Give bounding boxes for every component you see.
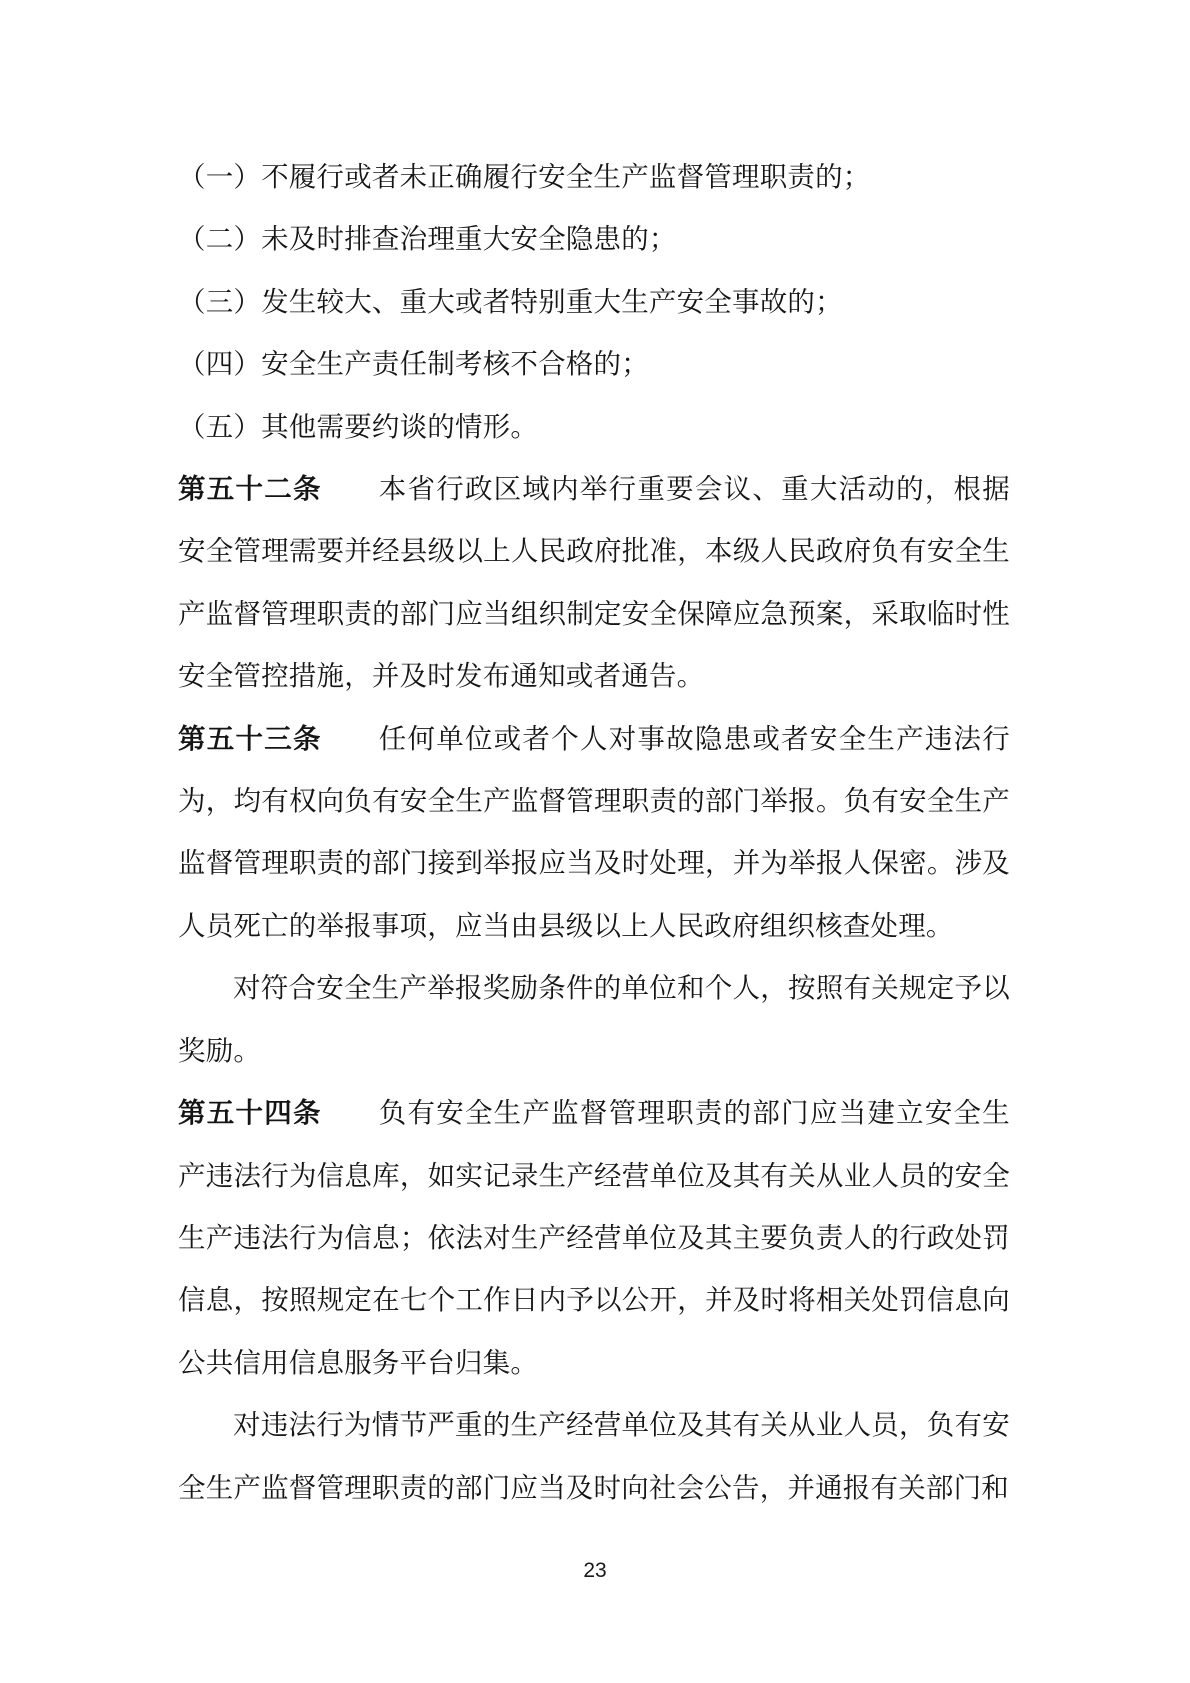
article-number: 第五十四条	[178, 1097, 322, 1128]
article-text: 本省行政区域内举行重要会议、重大活动的，根据安全管理需要并经县级以上人民政府批准…	[178, 473, 1010, 691]
document-body: （一）不履行或者未正确履行安全生产监督管理职责的； （二）未及时排查治理重大安全…	[178, 146, 1010, 1519]
article-paragraph-52: 第五十二条本省行政区域内举行重要会议、重大活动的，根据安全管理需要并经县级以上人…	[178, 458, 1010, 708]
article-number: 第五十三条	[178, 723, 322, 754]
body-paragraph-text: 对符合安全生产举报奖励条件的单位和个人，按照有关规定予以奖励。	[178, 972, 1010, 1065]
clause-item-3: （三）发生较大、重大或者特别重大生产安全事故的；	[178, 271, 1010, 333]
article-text: 负有安全生产监督管理职责的部门应当建立安全生产违法行为信息库，如实记录生产经营单…	[178, 1097, 1010, 1378]
clause-item-text: （一）不履行或者未正确履行安全生产监督管理职责的；	[178, 161, 871, 192]
article-text: 任何单位或者个人对事故隐患或者安全生产违法行为，均有权向负有安全生产监督管理职责…	[178, 723, 1010, 941]
clause-item-4: （四）安全生产责任制考核不合格的；	[178, 333, 1010, 395]
clause-item-5: （五）其他需要约谈的情形。	[178, 396, 1010, 458]
article-paragraph-54: 第五十四条负有安全生产监督管理职责的部门应当建立安全生产违法行为信息库，如实记录…	[178, 1082, 1010, 1394]
clause-item-2: （二）未及时排查治理重大安全隐患的；	[178, 208, 1010, 270]
clause-item-1: （一）不履行或者未正确履行安全生产监督管理职责的；	[178, 146, 1010, 208]
clause-item-text: （四）安全生产责任制考核不合格的；	[178, 348, 649, 379]
document-page: （一）不履行或者未正确履行安全生产监督管理职责的； （二）未及时排查治理重大安全…	[0, 0, 1190, 1683]
body-paragraph: 对违法行为情节严重的生产经营单位及其有关从业人员，负有安全生产监督管理职责的部门…	[178, 1394, 1010, 1519]
page-number: 23	[0, 1556, 1190, 1586]
article-paragraph-53: 第五十三条任何单位或者个人对事故隐患或者安全生产违法行为，均有权向负有安全生产监…	[178, 708, 1010, 958]
clause-item-text: （二）未及时排查治理重大安全隐患的；	[178, 223, 677, 254]
body-paragraph: 对符合安全生产举报奖励条件的单位和个人，按照有关规定予以奖励。	[178, 957, 1010, 1082]
clause-item-text: （三）发生较大、重大或者特别重大生产安全事故的；	[178, 286, 843, 317]
body-paragraph-text: 对违法行为情节严重的生产经营单位及其有关从业人员，负有安全生产监督管理职责的部门…	[178, 1409, 1010, 1502]
article-number: 第五十二条	[178, 473, 322, 504]
clause-item-text: （五）其他需要约谈的情形。	[178, 411, 538, 442]
